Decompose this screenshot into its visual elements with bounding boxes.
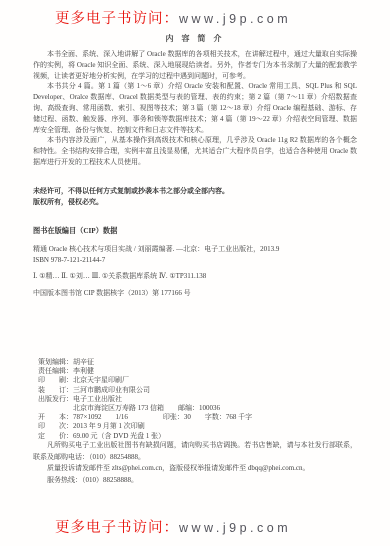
content-summary-title: 内 容 简 介 bbox=[0, 33, 390, 44]
purchase-notes: 凡所购买电子工业出版社图书有缺损问题，请向购买书店调换。若书店售缺，请与本社发行… bbox=[33, 440, 357, 486]
content-summary-body: 本书全面、系统、深入地讲解了 Oracle 数据库的各项相关技术，在讲解过程中，… bbox=[33, 49, 357, 168]
cip-entry: 精通 Oracle 核心技术与项目实战 / 刘丽霞编著. —北京：电子工业出版社… bbox=[33, 244, 363, 255]
cip-classification: Ⅰ. ①精… Ⅱ. ①刘… Ⅲ. ①关系数据库系统 Ⅳ. ①TP311.138 bbox=[33, 271, 363, 282]
publishing-info-row: 策划编辑：胡辛征 bbox=[38, 358, 368, 367]
publishing-info-row: 出版发行：电子工业出版社 bbox=[38, 395, 368, 404]
purchase-note: 服务热线：（010）88258888。 bbox=[33, 475, 357, 487]
promo-url: www.j9p.com bbox=[179, 12, 291, 26]
promo-banner-top: 更多电子书访问：www.j9p.com bbox=[55, 7, 291, 28]
publishing-info-row: 印 次：2013 年 9 月第 1 次印刷 bbox=[38, 422, 368, 431]
summary-paragraph: 本书全面、系统、深入地讲解了 Oracle 数据库的各项相关技术，在讲解过程中，… bbox=[33, 49, 357, 81]
publishing-info-row: 北京市海淀区万寿路 173 信箱 邮编：100036 bbox=[38, 404, 368, 413]
promo-banner-bottom: 更多电子书访问：www.j9p.com bbox=[55, 516, 291, 537]
promo-url: www.j9p.com bbox=[179, 521, 291, 535]
promo-text: 更多电子书访问： bbox=[55, 520, 179, 536]
cip-record-number: 中国版本图书馆 CIP 数据核字（2013）第 177166 号 bbox=[33, 288, 363, 299]
copyright-warning-line: 未经许可，不得以任何方式复制或抄袭本书之部分或全部内容。 bbox=[33, 186, 357, 197]
cip-isbn: ISBN 978-7-121-21144-7 bbox=[33, 255, 363, 266]
purchase-note: 质量投诉请发邮件至 zlts@phei.com.cn，盗版侵权举报请发邮件至 d… bbox=[33, 463, 357, 475]
cip-block: 图书在版编目（CIP）数据 精通 Oracle 核心技术与项目实战 / 刘丽霞编… bbox=[33, 226, 363, 299]
publishing-info: 策划编辑：胡辛征 责任编辑：李利健 印 刷：北京天宇星印刷厂 装 订：三河市鹏成… bbox=[38, 358, 368, 441]
summary-paragraph: 本书共分 4 篇。第 1 篇（第 1～6 章）介绍 Oracle 安装和配置、O… bbox=[33, 81, 357, 135]
purchase-note: 凡所购买电子工业出版社图书有缺损问题，请向购买书店调换。若书店售缺，请与本社发行… bbox=[33, 440, 357, 463]
publishing-info-row: 装 订：三河市鹏成印业有限公司 bbox=[38, 386, 368, 395]
promo-text: 更多电子书访问： bbox=[55, 11, 179, 27]
cip-heading: 图书在版编目（CIP）数据 bbox=[33, 226, 363, 237]
copyright-warning: 未经许可，不得以任何方式复制或抄袭本书之部分或全部内容。 版权所有，侵权必究。 bbox=[33, 186, 357, 208]
copyright-warning-line: 版权所有，侵权必究。 bbox=[33, 197, 357, 208]
publishing-info-row: 印 刷：北京天宇星印刷厂 bbox=[38, 376, 368, 385]
copyright-page: 更多电子书访问：www.j9p.com 内 容 简 介 本书全面、系统、深入地讲… bbox=[0, 0, 390, 546]
summary-paragraph: 本书内容涉及面广，从基本操作到高级技术和核心原理，几乎涉及 Oracle 11g… bbox=[33, 135, 357, 167]
